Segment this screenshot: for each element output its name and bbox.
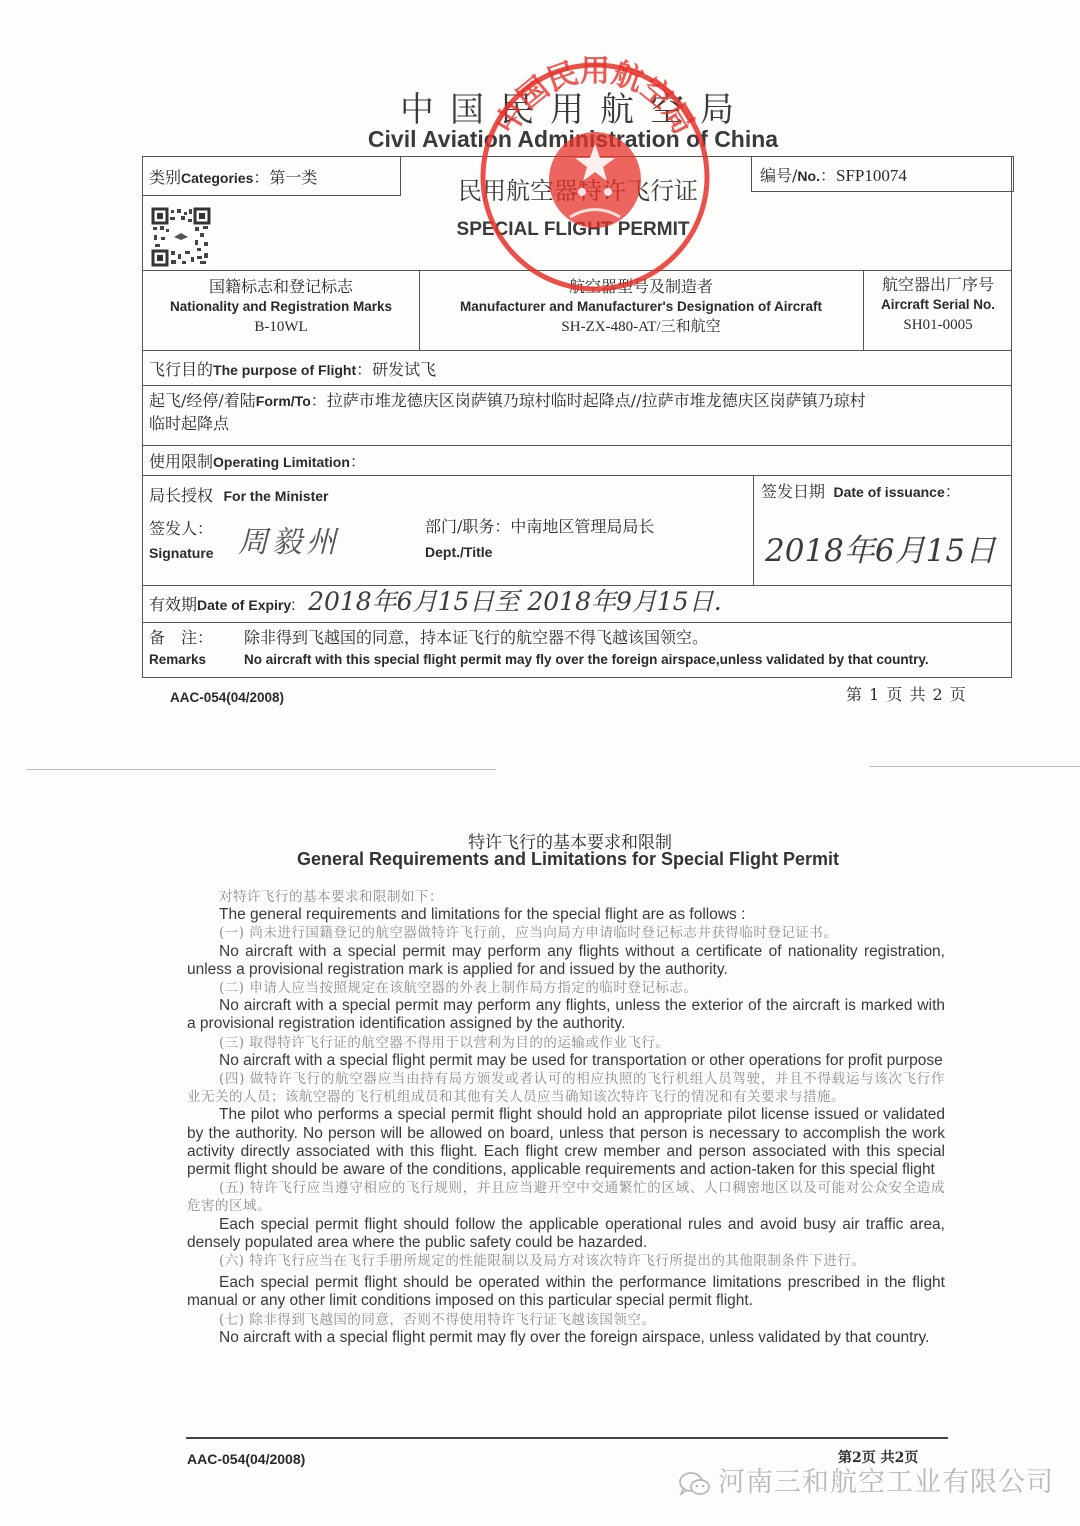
serial-cell: 航空器出厂序号 Aircraft Serial No. SH01-0005 <box>863 275 1013 335</box>
issuance-date-label: 签发日期 Date of issuance： <box>755 481 961 504</box>
expiry-label-cn: 有效期 <box>149 595 197 614</box>
page-separator-right <box>870 766 1080 767</box>
number-label-en: No. <box>797 168 820 184</box>
page1-page-number: 第 1 页 共 2 页 <box>846 682 967 705</box>
serial-value: SH01-0005 <box>863 315 1013 335</box>
category-sep: ： <box>253 170 269 187</box>
requirements-title-en: General Requirements and Limitations for… <box>0 849 1080 870</box>
requirement-3-cn: (三) 取得特许飞行证的航空器不得用于以营利为目的的运输或作业飞行。 <box>187 1034 945 1052</box>
wechat-icon <box>678 1470 712 1498</box>
permit-number-value: SFP10074 <box>836 166 907 185</box>
expiry-sep: : <box>291 597 295 614</box>
number-sep: ： <box>820 168 836 185</box>
remarks-value-en: No aircraft with this special flight per… <box>244 649 929 671</box>
requirement-1-en: No aircraft with a special permit may pe… <box>187 943 945 979</box>
dept-label-en: Dept./Title <box>425 540 654 564</box>
purpose-sep: ： <box>356 362 372 379</box>
category-field: 类别Categories：第一类 <box>142 156 401 196</box>
limitation-label-en: Operating Limitation <box>213 454 350 470</box>
issuance-sep: ： <box>945 484 961 501</box>
page1-form-code: AAC-054(04/2008) <box>170 690 284 705</box>
manufacturer-value: SH-ZX-480-AT/三和航空 <box>419 317 863 337</box>
official-seal-stamp: 中国民用航空局 <box>470 52 720 302</box>
requirement-2-en: No aircraft with a special permit may pe… <box>187 997 945 1033</box>
route-label-en: Form/To <box>256 393 311 409</box>
requirement-6-en: Each special permit flight should be ope… <box>187 1274 945 1310</box>
page2-form-code: AAC-054(04/2008) <box>187 1451 305 1467</box>
registration-label-cn: 国籍标志和登记标志 <box>143 277 419 297</box>
requirement-2-cn: (二) 申请人应当按照规定在该航空器的外表上制作局方指定的临时登记标志。 <box>187 979 945 997</box>
remarks-value-cn: 除非得到飞越国的同意，持本证飞行的航空器不得飞越该国领空。 <box>244 627 708 649</box>
requirement-5-cn: (五) 特许飞行应当遵守相应的飞行规则，并且应当避开空中交通繁忙的区域、人口稠密… <box>187 1179 945 1215</box>
purpose-value: 研发试飞 <box>372 360 436 379</box>
signer-label-cn: 签发人： <box>149 517 214 541</box>
page-separator <box>26 769 496 770</box>
dept-value: 中南地区管理局局长 <box>510 517 654 536</box>
requirement-6-cn: (六) 特许飞行应当在飞行手册所规定的性能限制以及局方对该次特许飞行所提出的其他… <box>187 1252 945 1270</box>
intro-en: The general requirements and limitations… <box>187 906 945 924</box>
category-label-cn: 类别 <box>149 168 181 187</box>
route-label-cn: 起飞/经停/着陆 <box>149 391 256 410</box>
signer-label-en: Signature <box>149 541 214 565</box>
issuance-label-cn: 签发日期 <box>761 482 825 501</box>
seal-text: 中国民用航空局 <box>489 54 701 140</box>
category-value: 第一类 <box>269 168 317 187</box>
expiry-field: 有效期Date of Expiry: 2018年6月15日至 2018年9月15… <box>143 591 1003 617</box>
registration-label-en: Nationality and Registration Marks <box>143 297 419 317</box>
issuance-label-en: Date of issuance <box>833 484 944 500</box>
flight-purpose-field: 飞行目的The purpose of Flight：研发试飞 <box>143 359 1003 382</box>
signature: 周毅州 <box>238 517 340 561</box>
route-value-line1: 拉萨市堆龙德庆区岗萨镇乃琼村临时起降点//拉萨市堆龙德庆区岗萨镇乃琼村 <box>327 391 866 410</box>
requirement-7-cn: (七) 除非得到飞越国的同意，否则不得使用特许飞行证飞越该国领空。 <box>187 1311 945 1329</box>
route-field: 起飞/经停/着陆Form/To：拉萨市堆龙德庆区岗萨镇乃琼村临时起降点//拉萨市… <box>143 390 1009 435</box>
permit-number-field: 编号/No.：SFP10074 <box>751 156 1014 192</box>
limitation-label-cn: 使用限制 <box>149 452 213 471</box>
purpose-label-cn: 飞行目的 <box>149 360 213 379</box>
limitation-sep: ： <box>350 454 366 471</box>
number-label-cn: 编号/ <box>760 166 797 185</box>
remarks-label-cn: 备 注： <box>149 627 244 649</box>
issuance-date-value: 2018年6月15日 <box>765 525 996 570</box>
registration-cell: 国籍标志和登记标志 Nationality and Registration M… <box>143 277 419 337</box>
signer-label: 签发人： Signature <box>143 517 214 565</box>
operating-limitation-field: 使用限制Operating Limitation： <box>143 451 1003 474</box>
footer-divider <box>186 1437 948 1439</box>
dept-title-field: 部门/职务：中南地区管理局局长 Dept./Title <box>419 515 654 564</box>
requirement-7-en: No aircraft with a special flight permit… <box>187 1329 945 1347</box>
remarks-label-en: Remarks <box>149 649 244 671</box>
watermark-text: 河南三和航空工业有限公司 <box>718 1467 1054 1498</box>
requirement-4-cn: (四) 做特许飞行的航空器应当由持有局方颁发或者认可的相应执照的飞行机组人员驾驶… <box>187 1070 945 1106</box>
for-minister-label: 局长授权 For the Minister <box>143 485 328 508</box>
qr-code-icon <box>151 207 211 267</box>
remarks-field: 备 注： 除非得到飞越国的同意，持本证飞行的航空器不得飞越该国领空。 Remar… <box>143 627 1009 671</box>
requirement-1-cn: (一) 尚未进行国籍登记的航空器做特许飞行前，应当向局方申请临时登记标志并获得临… <box>187 924 945 942</box>
requirement-3-en: No aircraft with a special flight permit… <box>187 1052 945 1070</box>
requirement-5-en: Each special permit flight should follow… <box>187 1216 945 1252</box>
registration-value: B-10WL <box>143 317 419 337</box>
category-label-en: Categories <box>181 170 253 186</box>
route-sep: ： <box>311 393 327 410</box>
company-watermark: 河南三和航空工业有限公司 <box>678 1460 1054 1499</box>
serial-label-cn: 航空器出厂序号 <box>863 275 1013 295</box>
intro-cn: 对特许飞行的基本要求和限制如下： <box>187 888 945 906</box>
expiry-value: 2018年6月15日至 2018年9月15日. <box>308 587 722 616</box>
requirements-body: 对特许飞行的基本要求和限制如下： The general requirement… <box>187 888 945 1347</box>
purpose-label-en: The purpose of Flight <box>213 362 356 378</box>
dept-label-cn: 部门/职务： <box>425 517 510 536</box>
expiry-label-en: Date of Expiry <box>197 597 291 613</box>
svg-text:中国民用航空局: 中国民用航空局 <box>489 54 701 140</box>
route-value-line2: 临时起降点 <box>149 413 1009 435</box>
requirement-4-en: The pilot who performs a special permit … <box>187 1106 945 1179</box>
serial-label-en: Aircraft Serial No. <box>863 295 1013 315</box>
minister-label-en: For the Minister <box>223 488 328 504</box>
minister-label-cn: 局长授权 <box>149 486 213 505</box>
